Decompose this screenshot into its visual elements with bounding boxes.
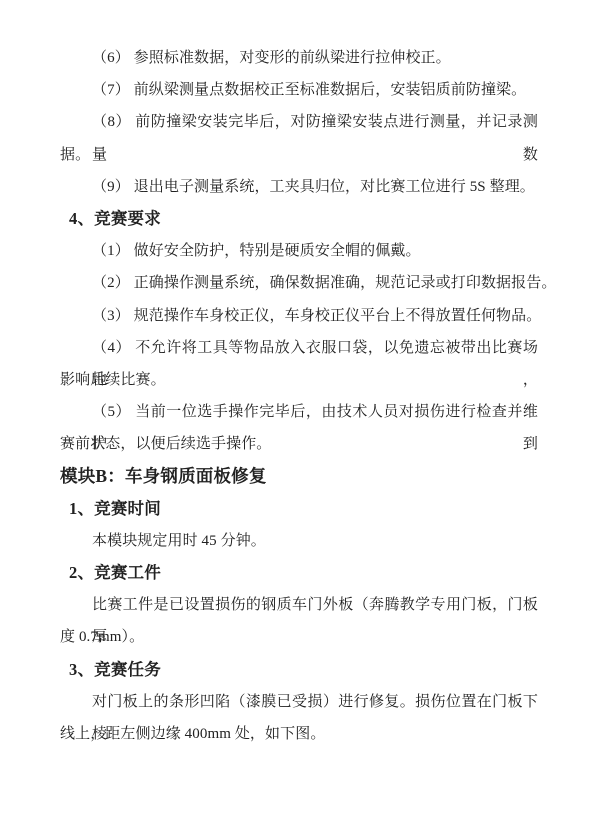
step-item-9: （9） 退出电子测量系统，工夹具归位，对比赛工位进行 5S 整理。 bbox=[60, 171, 538, 203]
step-item-6: （6） 参照标准数据，对变形的前纵梁进行拉伸校正。 bbox=[60, 42, 538, 74]
step-item-8-line-1: （8） 前防撞梁安装完毕后，对防撞梁安装点进行测量，并记录测量数 bbox=[60, 106, 538, 138]
heading-competition-requirements: 4、竞赛要求 bbox=[60, 203, 538, 235]
competition-time-text: 本模块规定用时 45 分钟。 bbox=[60, 525, 538, 557]
task-text-line-2: 线上，距左侧边缘 400mm 处，如下图。 bbox=[60, 718, 538, 750]
heading-module-b: 模块B：车身钢质面板修复 bbox=[60, 460, 538, 492]
step-item-7: （7） 前纵梁测量点数据校正至标准数据后，安装铝质前防撞梁。 bbox=[60, 74, 538, 106]
requirement-item-5-line-1: （5） 当前一位选手操作完毕后，由技术人员对损伤进行检查并维护到 bbox=[60, 396, 538, 428]
heading-competition-time: 1、竞赛时间 bbox=[60, 493, 538, 525]
workpiece-text-line-2: 度 0.7mm）。 bbox=[60, 621, 538, 653]
heading-competition-workpiece: 2、竞赛工件 bbox=[60, 557, 538, 589]
requirement-item-3: （3） 规范操作车身校正仪，车身校正仪平台上不得放置任何物品。 bbox=[60, 300, 538, 332]
document-page: （6） 参照标准数据，对变形的前纵梁进行拉伸校正。 （7） 前纵梁测量点数据校正… bbox=[0, 0, 596, 826]
requirement-item-4-line-1: （4） 不允许将工具等物品放入衣服口袋，以免遗忘被带出比赛场地， bbox=[60, 332, 538, 364]
requirement-item-2: （2） 正确操作测量系统，确保数据准确，规范记录或打印数据报告。 bbox=[60, 267, 538, 299]
workpiece-text-line-1: 比赛工件是已设置损伤的钢质车门外板（奔腾教学专用门板，门板厚 bbox=[60, 589, 538, 621]
requirement-item-1: （1） 做好安全防护，特别是硬质安全帽的佩戴。 bbox=[60, 235, 538, 267]
task-text-line-1: 对门板上的条形凹陷（漆膜已受损）进行修复。损伤位置在门板下棱 bbox=[60, 686, 538, 718]
heading-competition-task: 3、竞赛任务 bbox=[60, 654, 538, 686]
